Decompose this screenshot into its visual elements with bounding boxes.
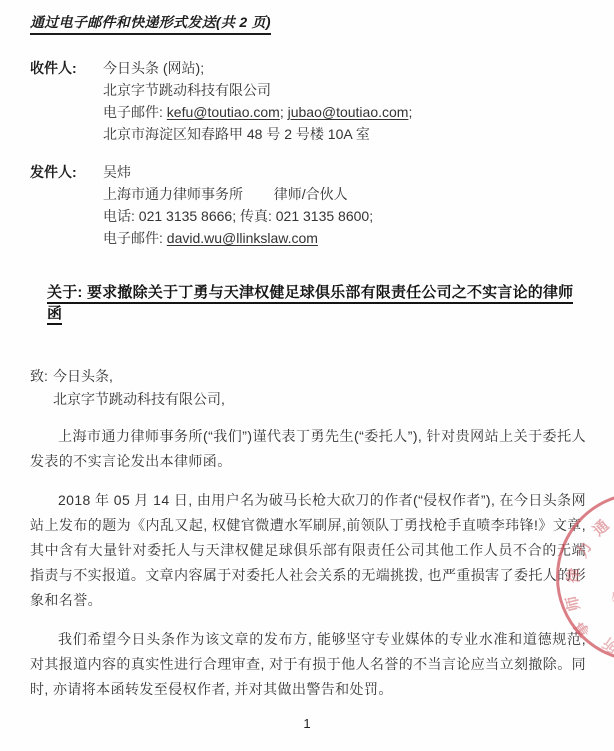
- salutation-to-label: 致:: [30, 365, 53, 411]
- delivery-method-notice: 通过电子邮件和快递形式发送(共 2 页): [30, 12, 271, 35]
- sender-details: 吴炜 上海市通力律师事务所律师/合伙人 电话: 021 3135 8666; 传…: [103, 161, 373, 249]
- sender-phone-fax: 电话: 021 3135 8666; 传真: 021 3135 8600;: [103, 205, 373, 227]
- sender-firm: 上海市通力律师事务所: [103, 186, 243, 202]
- sender-label: 发件人:: [30, 161, 103, 183]
- body-paragraph-2: 2018 年 05 月 14 日, 由用户名为破马长枪大砍刀的作者(“侵权作者”…: [30, 488, 586, 613]
- sender-email-line: 电子邮件: david.wu@llinkslaw.com: [103, 227, 373, 249]
- lawyer-letter-page: 通过电子邮件和快递形式发送(共 2 页) 收件人: 今日头条 (网站); 北京字…: [0, 0, 614, 751]
- recipient-email-link-2[interactable]: jubao@toutiao.com: [288, 104, 409, 120]
- sender-name: 吴炜: [103, 161, 373, 183]
- recipient-email-link-1[interactable]: kefu@toutiao.com: [167, 104, 280, 120]
- seal-character: 通: [588, 515, 613, 541]
- body-paragraph-1: 上海市通力律师事务所(“我们”)谨代表丁勇先生(“委托人”), 针对贵网站上关于…: [30, 424, 586, 474]
- salutation-addressees: 今日头条, 北京字节跳动科技有限公司,: [53, 365, 225, 411]
- salutation-line-2: 北京字节跳动科技有限公司,: [53, 388, 225, 411]
- page-number: 1: [0, 716, 614, 731]
- body-paragraph-3: 我们希望今日头条作为该文章的发布方, 能够坚守专业媒体的专业水准和道德规范, 对…: [30, 627, 586, 702]
- sender-email-link[interactable]: david.wu@llinkslaw.com: [167, 230, 318, 246]
- salutation-line-1: 今日头条,: [53, 365, 225, 388]
- recipient-block: 收件人: 今日头条 (网站); 北京字节跳动科技有限公司 电子邮件: kefu@…: [30, 57, 586, 145]
- separator: ;: [408, 104, 412, 120]
- recipient-address: 北京市海淀区知春路甲 48 号 2 号楼 10A 室: [103, 123, 412, 145]
- recipient-email-label: 电子邮件:: [103, 104, 167, 120]
- recipient-label: 收件人:: [30, 57, 103, 79]
- sender-block: 发件人: 吴炜 上海市通力律师事务所律师/合伙人 电话: 021 3135 86…: [30, 161, 586, 249]
- recipient-email-line: 电子邮件: kefu@toutiao.com; jubao@toutiao.co…: [103, 101, 412, 123]
- seal-character: 务: [607, 585, 614, 611]
- sender-email-label: 电子邮件:: [103, 230, 167, 246]
- subject-line: 关于: 要求撤除关于丁勇与天津权健足球俱乐部有限责任公司之不实言论的律师函: [47, 281, 586, 323]
- separator: ;: [280, 104, 284, 120]
- recipient-company: 北京字节跳动科技有限公司: [103, 79, 412, 101]
- sender-firm-line: 上海市通力律师事务所律师/合伙人: [103, 183, 373, 205]
- seal-character: 所: [598, 633, 614, 659]
- salutation-block: 致: 今日头条, 北京字节跳动科技有限公司,: [30, 365, 586, 411]
- recipient-name: 今日头条 (网站);: [103, 57, 412, 79]
- recipient-details: 今日头条 (网站); 北京字节跳动科技有限公司 电子邮件: kefu@touti…: [103, 57, 412, 145]
- sender-title: 律师/合伙人: [274, 183, 348, 205]
